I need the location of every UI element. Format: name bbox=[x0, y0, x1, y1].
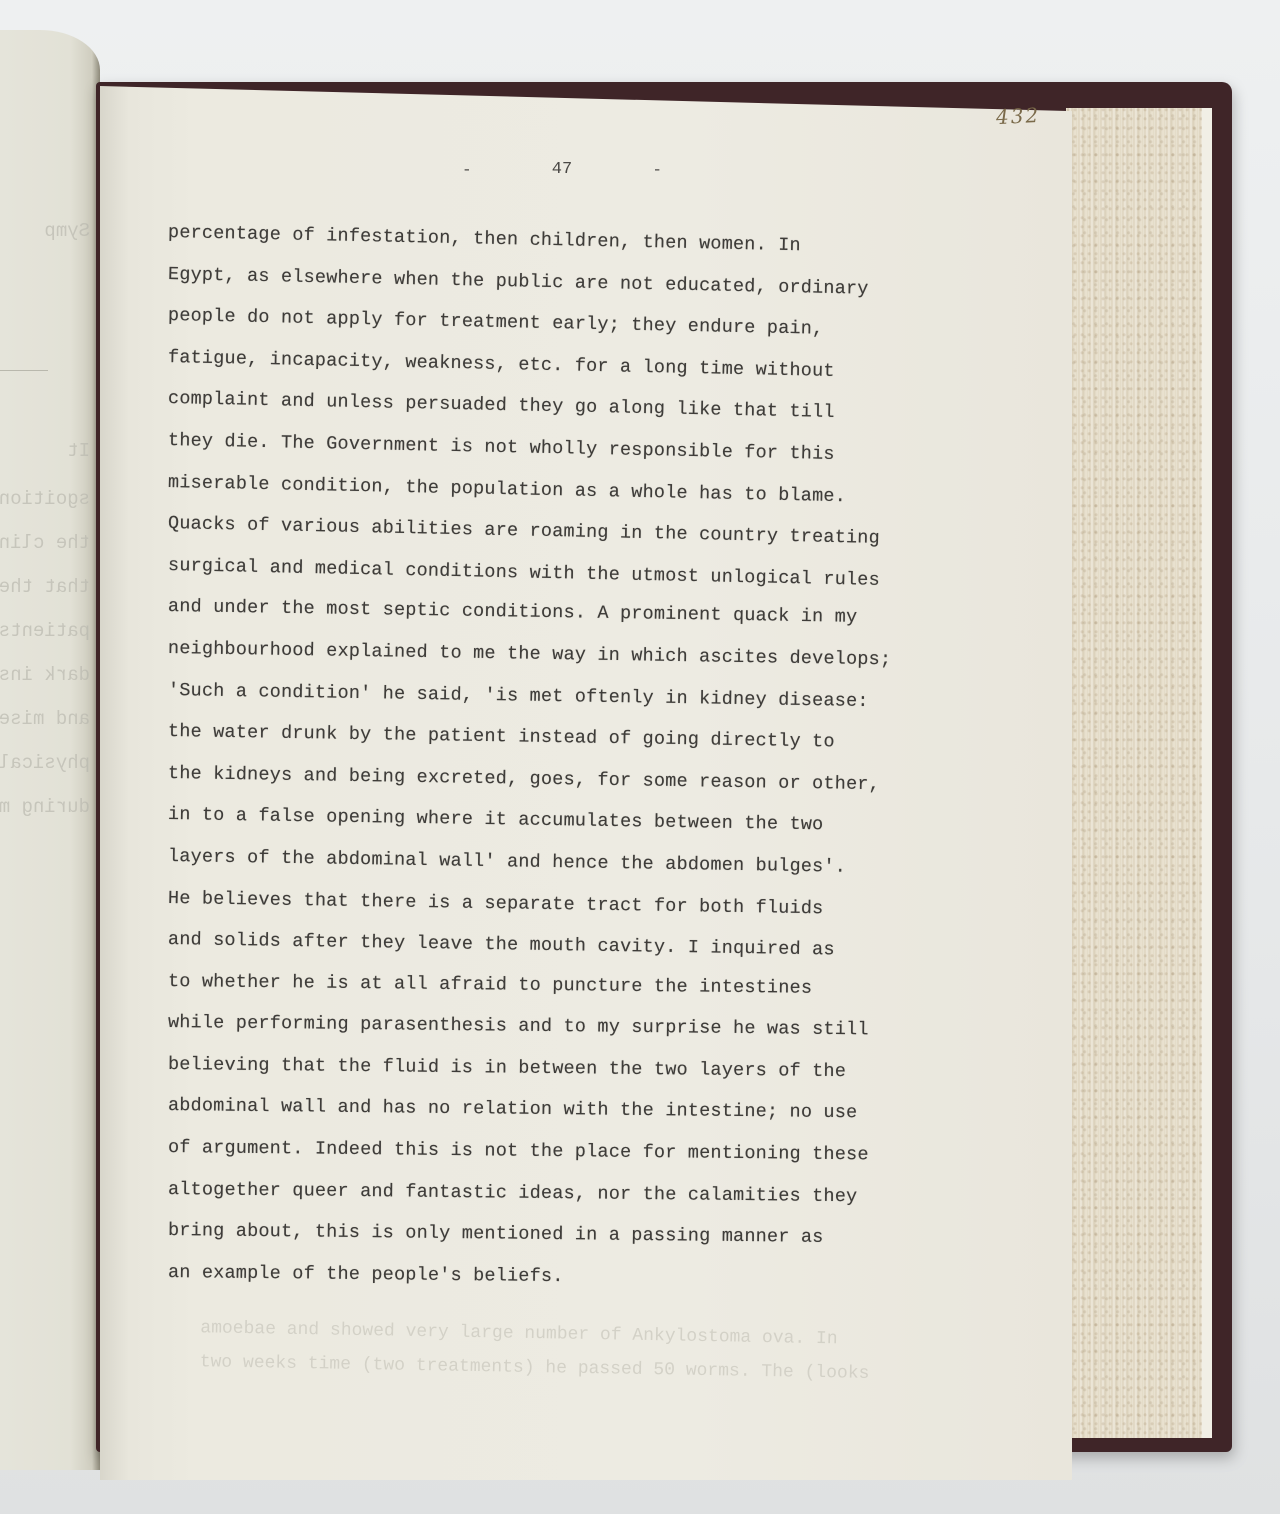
facing-page-bleed: dark instc bbox=[0, 664, 90, 686]
page-number-header: - 47 - bbox=[462, 160, 662, 179]
typewritten-body: percentage of infestation, then children… bbox=[168, 212, 988, 1293]
facing-page-bleed: the clini bbox=[0, 532, 90, 554]
page-number-dash-left: - bbox=[462, 161, 472, 179]
page-block-edges bbox=[1066, 108, 1212, 1438]
facing-page-rule bbox=[0, 370, 48, 371]
page-number: 47 bbox=[552, 160, 572, 179]
text-line: an example of the people's beliefs. bbox=[168, 1252, 988, 1302]
facing-page-bleed: and misery bbox=[0, 708, 90, 730]
facing-page-bleed: patients, bbox=[0, 620, 90, 642]
facing-page-bleed: physical bbox=[0, 752, 90, 774]
facing-page-bleed: Symp bbox=[0, 220, 90, 242]
page-number-dash-right: - bbox=[652, 161, 662, 179]
facing-page-bleed: sgoitions bbox=[0, 488, 90, 510]
facing-page-bleed: It bbox=[0, 440, 90, 462]
facing-page-verso: Symp It sgoitions the clini that the pat… bbox=[0, 30, 100, 1470]
facing-page-bleed: that the bbox=[0, 576, 90, 598]
facing-page-bleed: during my bbox=[0, 796, 90, 818]
handwritten-folio-number: 432 bbox=[995, 103, 1040, 129]
